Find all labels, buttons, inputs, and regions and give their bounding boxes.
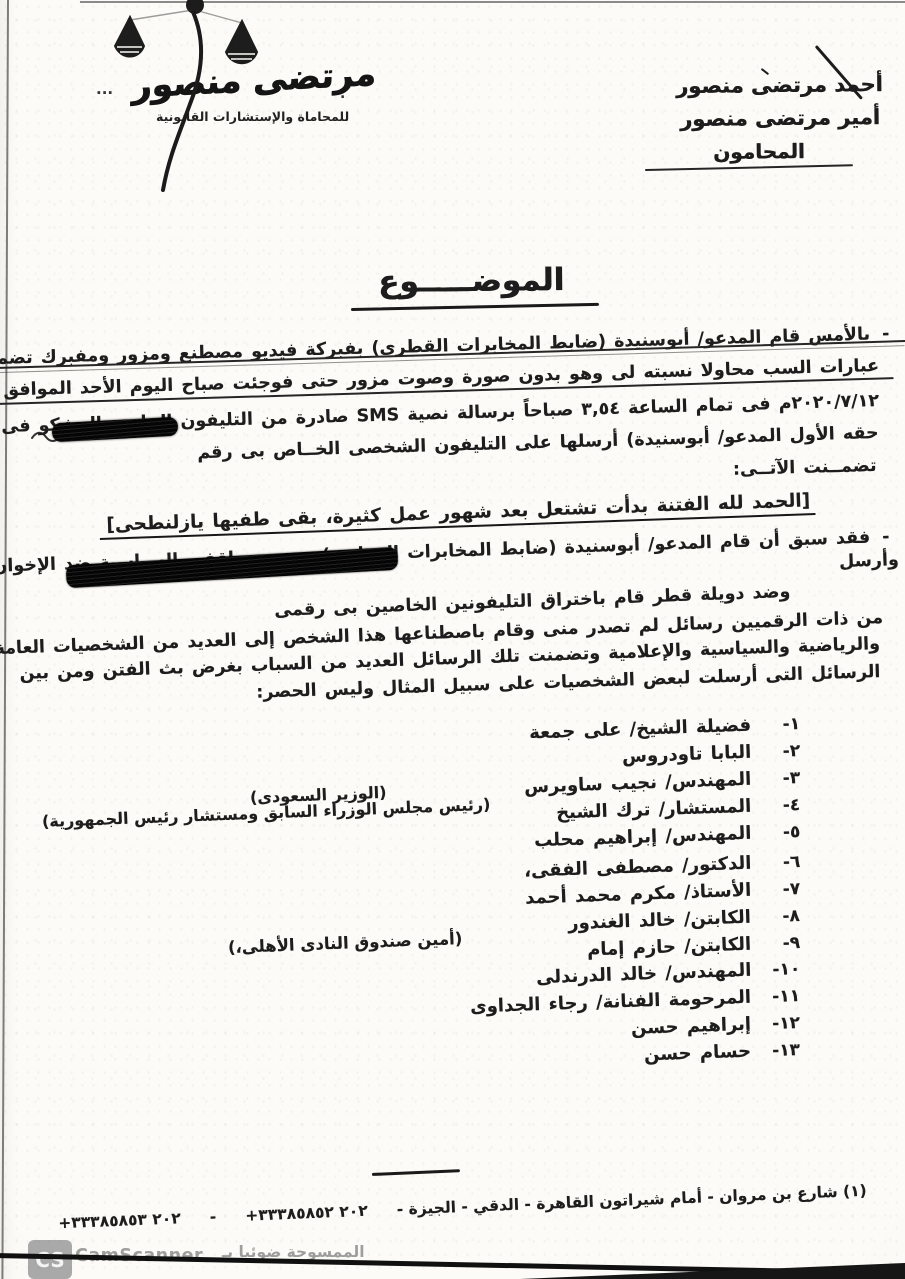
list-item-name: المهندس/ إبراهيم محلب — [533, 823, 751, 852]
list-item-name: البابا تاودروس — [622, 742, 752, 767]
list-item: ١٢-إبراهيم حسن — [631, 1012, 801, 1039]
footer-divider-line — [372, 1169, 460, 1176]
list-item-name: الأستاذ/ مكرم محمد أحمد — [525, 880, 752, 909]
list-item-name: الكابتن/ حازم إمام — [587, 934, 752, 961]
list-item: ٧-الأستاذ/ مكرم محمد أحمد — [525, 878, 801, 909]
list-item: ٩-الكابتن/ حازم إمام — [587, 932, 801, 960]
paragraph1-line4: حقه الأول المدعو/ أبوسنيدة) أرسلها على ا… — [197, 423, 879, 463]
list-item-number: ٢- — [766, 741, 801, 762]
list-item-number: ١٢- — [766, 1013, 801, 1034]
list-item-number: ١٠- — [766, 959, 801, 980]
footer-phone-2: +٢٠٢ ٣٣٣٨٥٨٥٣ — [58, 1209, 181, 1232]
list-item: ٨-الكابتن/ خالد الغندور — [568, 905, 800, 934]
list-item-number: ١١- — [766, 986, 801, 1007]
list-item-number: ١٣- — [766, 1040, 801, 1061]
list-item: ٢-البابا تاودروس — [622, 740, 801, 767]
list-item-name: فضيلة الشيخ/ على جمعة — [529, 715, 752, 744]
dash-bullet: - — [881, 527, 889, 547]
note-club-treasurer: (أمين صندوق النادى الأهلى،) — [228, 929, 463, 957]
list-item-number: ٥- — [766, 822, 801, 843]
list-item-name: المهندس/ خالد الدرندلى — [536, 960, 752, 989]
list-item-number: ٣- — [766, 768, 801, 789]
sms-quote-line: [الحمد لله الفتنة بدأت تشتعل بعد شهور عم… — [99, 490, 815, 536]
list-item-number: ٧- — [766, 879, 801, 900]
lawyer-name-2: أمير مرتضى منصور — [680, 105, 880, 131]
paragraph1-line5: تضمــنت الآتــى: — [733, 456, 877, 480]
list-item-name: الدكتور/ مصطفى الفقى، — [523, 853, 751, 882]
list-item: ١٣-حسام حسن — [644, 1039, 801, 1065]
list-item: ٣-المهندس/ نجيب ساويرس — [524, 767, 801, 798]
scales-of-justice-logo-icon — [50, 0, 350, 192]
list-item-name: حسام حسن — [644, 1041, 752, 1066]
letterhead-role: المحامون — [713, 139, 805, 164]
list-item: ١١-المرحومة الفنانة/ رجاء الجداوى — [470, 985, 801, 1018]
list-item-number: ٤- — [766, 795, 801, 816]
list-item-name: المستشار/ ترك الشيخ — [556, 796, 752, 824]
list-item-number: ١- — [766, 714, 801, 735]
letterhead-underline — [645, 164, 853, 171]
list-item: ١-فضيلة الشيخ/ على جمعة — [529, 713, 801, 743]
list-item: ٦-الدكتور/ مصطفى الفقى، — [523, 851, 800, 882]
logo-dots: ... — [96, 80, 113, 98]
list-item-number: ٩- — [766, 933, 801, 954]
list-item-name: الكابتن/ خالد الغندور — [568, 907, 751, 934]
camscanner-logo-icon: CS — [28, 1240, 72, 1279]
subject-title: الموضـــــوع — [365, 262, 577, 300]
footer-address: (١) شارع بن مروان - أمام شيراتون القاهرة… — [396, 1182, 867, 1219]
footer-separator: - — [209, 1208, 216, 1226]
list-item-name: إبراهيم حسن — [631, 1014, 752, 1039]
list-item: ٥-المهندس/ إبراهيم محلب — [533, 821, 800, 851]
list-item-name: المهندس/ نجيب ساويرس — [524, 769, 752, 798]
logo-dot: . — [340, 86, 345, 102]
list-item-number: ٦- — [766, 852, 801, 873]
list-item: ١٠-المهندس/ خالد الدرندلى — [536, 958, 801, 988]
list-item: ٤-المستشار/ ترك الشيخ — [556, 794, 801, 824]
list-item-name: المرحومة الفنانة/ رجاء الجداوى — [470, 987, 752, 1018]
camscanner-initials: CS — [35, 1248, 64, 1272]
footer-phone-1: +٢٠٢ ٣٣٣٨٥٨٥٢ — [245, 1202, 368, 1225]
list-item-number: ٨- — [766, 906, 801, 927]
footer-address-line: (١) شارع بن مروان - أمام شيراتون القاهرة… — [58, 1182, 867, 1232]
subject-title-underline — [351, 303, 599, 311]
scanned-legal-document: ... مرتضى منصور . للمحاماة والإستشارات ا… — [0, 0, 905, 1279]
paragraph2-line2-tail: وأرسل — [839, 550, 899, 572]
